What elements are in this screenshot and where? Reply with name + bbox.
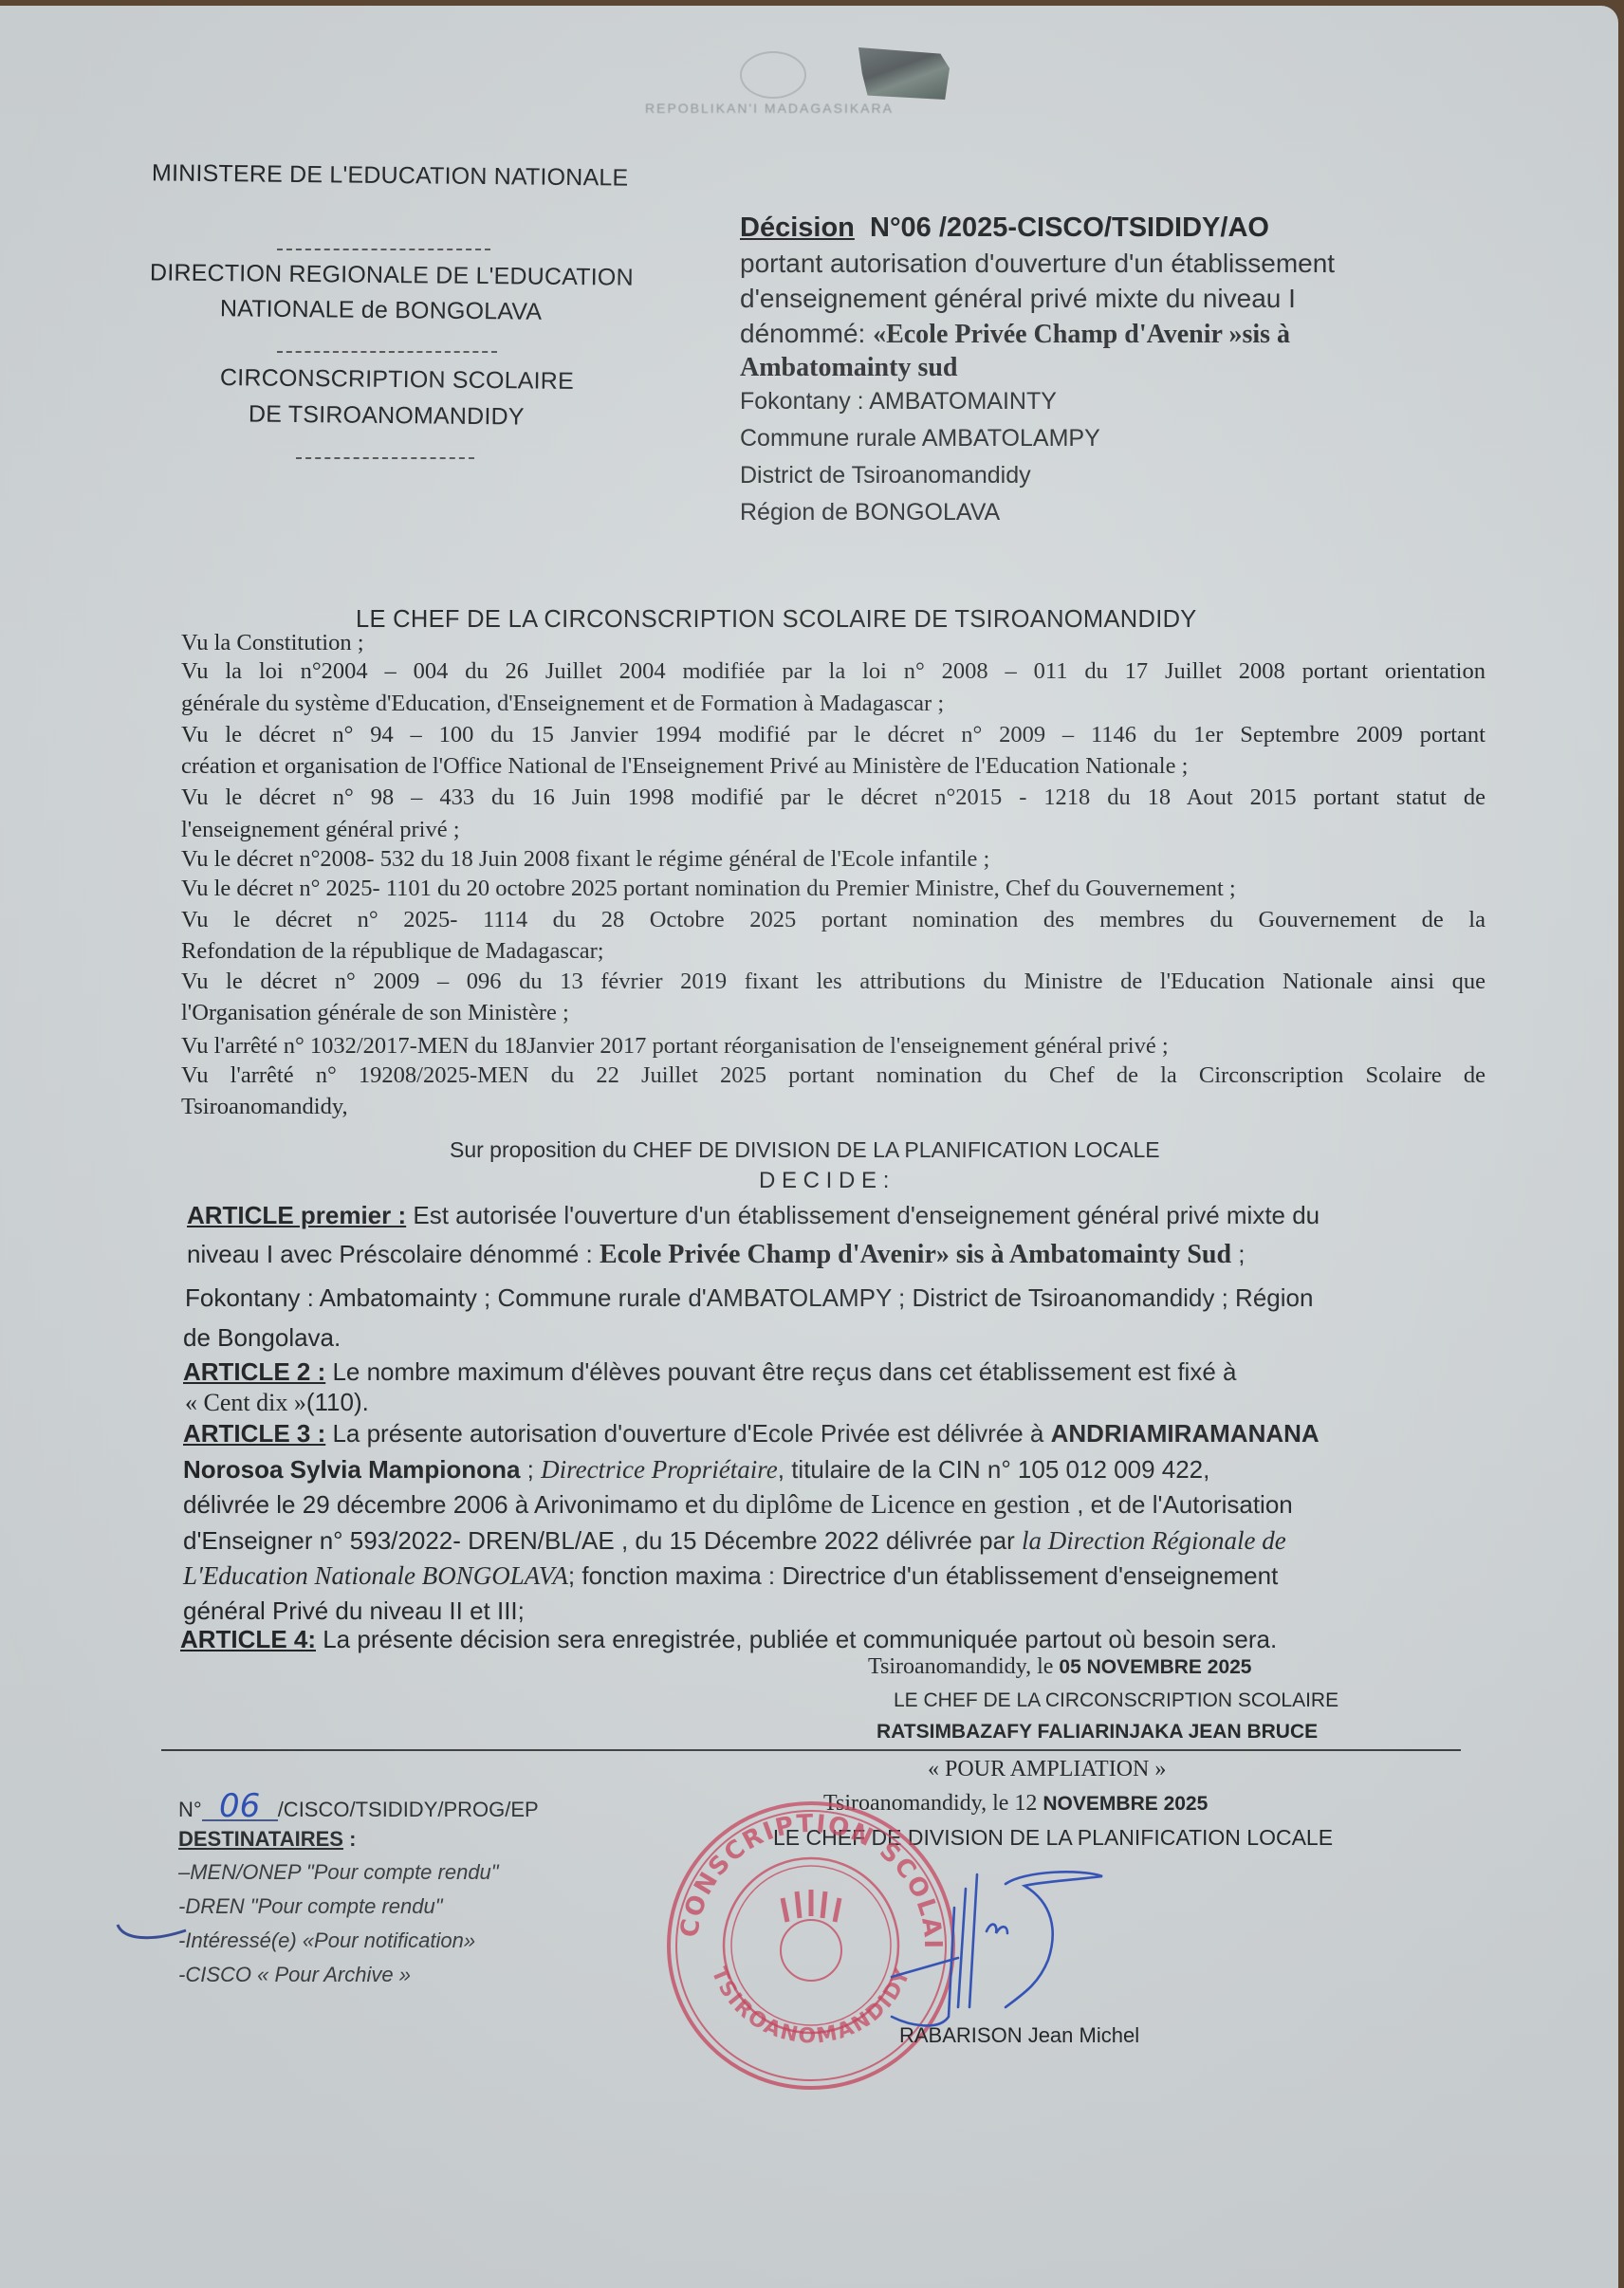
- article-3-line-3: délivrée le 29 décembre 2006 à Arivonima…: [183, 1490, 1293, 1521]
- consideration-line: Vu la loi n°2004 – 004 du 26 Juillet 200…: [181, 658, 1486, 685]
- recipient-item: -CISCO « Pour Archive »: [178, 1963, 411, 1987]
- article-3-line-1: ARTICLE 3 : La présente autorisation d'o…: [183, 1419, 1319, 1448]
- article-1-school-name: Ecole Privée Champ d'Avenir» sis à Ambat…: [600, 1240, 1231, 1269]
- article-1-suffix: ;: [1231, 1240, 1245, 1268]
- ref-suffix: /CISCO/TSIDIDY/PROG/EP: [278, 1798, 539, 1821]
- ampliation-label: « POUR AMPLIATION »: [928, 1757, 1166, 1782]
- holder-given-name: Norosoa Sylvia Mampionona: [183, 1455, 520, 1484]
- circonscription-line-2: DE TSIROANOMANDIDY: [249, 400, 525, 431]
- article-1-text: Est autorisée l'ouverture d'un établisse…: [406, 1201, 1319, 1229]
- document-page: REPOBLIKAN'I MADAGASIKARA MINISTERE DE L…: [0, 6, 1618, 2288]
- region: Région de BONGOLAVA: [740, 499, 1000, 526]
- consideration-line: l'enseignement général privé ;: [181, 817, 460, 843]
- consideration-line: Refondation de la république de Madagasc…: [181, 938, 604, 965]
- teaching-authorization: d'Enseigner n° 593/2022- DREN/BL/AE , du…: [183, 1526, 1022, 1555]
- divider: [277, 351, 497, 353]
- section-divider: [161, 1749, 1461, 1751]
- article-1-label: ARTICLE premier :: [187, 1201, 406, 1229]
- signature-title: LE CHEF DE LA CIRCONSCRIPTION SCOLAIRE: [894, 1689, 1338, 1712]
- heading-suffix: :: [343, 1827, 356, 1851]
- article-4: ARTICLE 4: La présente décision sera enr…: [180, 1625, 1277, 1654]
- separator: ;: [520, 1455, 541, 1484]
- reference-number: N°06/CISCO/TSIDIDY/PROG/EP: [178, 1793, 539, 1822]
- decision-title: Décision N°06 /2025-CISCO/TSIDIDY/AO: [740, 212, 1269, 244]
- ampliation-signatory: RABARISON Jean Michel: [899, 2023, 1139, 2048]
- consideration-line: Vu le décret n° 98 – 433 du 16 Juin 1998…: [181, 784, 1486, 811]
- direction-line-2: NATIONALE de BONGOLAVA: [220, 295, 543, 326]
- article-3-label: ARTICLE 3 :: [183, 1419, 325, 1448]
- handwritten-signature: [835, 1865, 1119, 2036]
- ref-prefix: N°: [178, 1798, 202, 1821]
- article-2-text: Le nombre maximum d'élèves pouvant être …: [325, 1357, 1236, 1386]
- consideration-line: l'Organisation générale de son Ministère…: [181, 1000, 569, 1026]
- holder-cin: , titulaire de la CIN n° 105 012 009 422…: [778, 1455, 1210, 1484]
- article-1-line-2: niveau I avec Préscolaire dénommé : Ecol…: [187, 1240, 1246, 1270]
- consideration-line: création et organisation de l'Office Nat…: [181, 753, 1188, 780]
- article-2-line-1: ARTICLE 2 : Le nombre maximum d'élèves p…: [183, 1357, 1236, 1387]
- decision-label: Décision: [740, 212, 855, 243]
- authority-title: LE CHEF DE LA CIRCONSCRIPTION SCOLAIRE D…: [356, 606, 1197, 634]
- article-3-line-6: général Privé du niveau II et III;: [183, 1596, 525, 1626]
- consideration-line: Vu la Constitution ;: [181, 630, 364, 656]
- commune: Commune rurale AMBATOLAMPY: [740, 425, 1100, 452]
- article-3-line-3a: délivrée le 29 décembre 2006 à Arivonima…: [183, 1490, 712, 1519]
- direction-line-1: DIRECTION REGIONALE DE L'EDUCATION: [150, 259, 634, 291]
- holder-surname: ANDRIAMIRAMANANA: [1051, 1419, 1319, 1448]
- circonscription-line-1: CIRCONSCRIPTION SCOLAIRE: [220, 364, 574, 396]
- article-4-text: La présente décision sera enregistrée, p…: [316, 1625, 1277, 1653]
- article-3-line-4: d'Enseigner n° 593/2022- DREN/BL/AE , du…: [183, 1526, 1286, 1556]
- ministry-name: MINISTERE DE L'EDUCATION NATIONALE: [152, 159, 629, 192]
- article-3-line-5: L'Education Nationale BONGOLAVA; fonctio…: [183, 1561, 1278, 1591]
- max-function: ; fonction maxima : Directrice d'un étab…: [568, 1561, 1278, 1590]
- consideration-line: Vu le décret n° 2025- 1101 du 20 octobre…: [181, 876, 1236, 902]
- place-prefix: Tsiroanomandidy, le: [868, 1654, 1059, 1679]
- divider: [277, 249, 490, 250]
- consideration-line: Vu l'arrêté n° 1032/2017-MEN du 18Janvie…: [181, 1033, 1169, 1060]
- proposition: Sur proposition du CHEF DE DIVISION DE L…: [450, 1137, 1160, 1163]
- handwritten-number: 06: [202, 1793, 278, 1821]
- article-2-label: ARTICLE 2 :: [183, 1357, 325, 1386]
- madagascar-flag-icon: [858, 47, 950, 100]
- consideration-line: Vu le décret n° 94 – 100 du 15 Janvier 1…: [181, 722, 1486, 748]
- recipient-item: -Intéressé(e) «Pour notification»: [178, 1928, 475, 1953]
- school-name: «Ecole Privée Champ d'Avenir »sis à: [873, 320, 1290, 349]
- subject-line-1: portant autorisation d'ouverture d'un ét…: [740, 249, 1335, 279]
- article-3-text: La présente autorisation d'ouverture d'E…: [325, 1419, 1050, 1448]
- district: District de Tsiroanomandidy: [740, 462, 1031, 489]
- article-2-line-2: « Cent dix »(110).: [185, 1388, 369, 1417]
- consideration-line: Vu le décret n° 2025- 1114 du 28 Octobre…: [181, 907, 1486, 933]
- fokontany: Fokontany : AMBATOMAINTY: [740, 388, 1057, 415]
- decision-number: N°06 /2025-CISCO/TSIDIDY/AO: [870, 212, 1269, 243]
- consideration-line: générale du système d'Education, d'Ensei…: [181, 691, 944, 717]
- article-3-line-3c: , et de l'Autorisation: [1070, 1490, 1293, 1519]
- recipient-item: –MEN/ONEP "Pour compte rendu": [178, 1860, 499, 1885]
- school-location: Ambatomainty sud: [740, 353, 957, 383]
- article-1-line-3: Fokontany : Ambatomainty ; Commune rural…: [185, 1283, 1313, 1313]
- issuing-authority: la Direction Régionale de: [1022, 1526, 1286, 1555]
- article-4-label: ARTICLE 4:: [180, 1625, 316, 1653]
- signature-place-date: Tsiroanomandidy, le 05 NOVEMBRE 2025: [868, 1654, 1251, 1680]
- emblem-caption: REPOBLIKAN'I MADAGASIKARA: [645, 101, 894, 116]
- subject-line-3: dénommé: «Ecole Privée Champ d'Avenir »s…: [740, 319, 1290, 350]
- signature-date: 05 NOVEMBRE 2025: [1059, 1656, 1251, 1678]
- consideration-line: Vu le décret n° 2009 – 096 du 13 février…: [181, 969, 1486, 995]
- article-1-line-1: ARTICLE premier : Est autorisée l'ouvert…: [187, 1201, 1319, 1230]
- ampliation-date: NOVEMBRE 2025: [1043, 1793, 1208, 1815]
- consideration-line: Vu l'arrêté n° 19208/2025-MEN du 22 Juil…: [181, 1062, 1486, 1089]
- divider: [296, 457, 474, 459]
- decide-heading: D E C I D E :: [759, 1168, 889, 1194]
- consideration-line: Tsiroanomandidy,: [181, 1094, 348, 1120]
- diploma: du diplôme de Licence en gestion: [712, 1490, 1070, 1520]
- max-students-words: « Cent dix »: [185, 1389, 306, 1416]
- article-1-line-4: de Bongolava.: [183, 1323, 341, 1353]
- pen-mark: [114, 1917, 190, 1946]
- article-1-prefix: niveau I avec Préscolaire dénommé :: [187, 1240, 600, 1268]
- holder-role: Directrice Propriétaire: [541, 1455, 778, 1484]
- recipient-item: -DREN "Pour compte rendu": [178, 1894, 443, 1919]
- article-3-line-2: Norosoa Sylvia Mampionona ; Directrice P…: [183, 1455, 1209, 1485]
- recipients-heading: DESTINATAIRES :: [178, 1827, 356, 1852]
- signatory-name: RATSIMBAZAFY FALIARINJAKA JEAN BRUCE: [877, 1721, 1318, 1744]
- consideration-line: Vu le décret n°2008- 532 du 18 Juin 2008…: [181, 846, 989, 873]
- heading-text: DESTINATAIRES: [178, 1827, 343, 1851]
- emblem-seal-icon: [740, 51, 806, 99]
- subject-prefix: dénommé:: [740, 319, 873, 348]
- max-students-number: (110).: [306, 1388, 369, 1416]
- issuing-authority-cont: L'Education Nationale BONGOLAVA: [183, 1561, 568, 1590]
- subject-line-2: d'enseignement général privé mixte du ni…: [740, 284, 1296, 314]
